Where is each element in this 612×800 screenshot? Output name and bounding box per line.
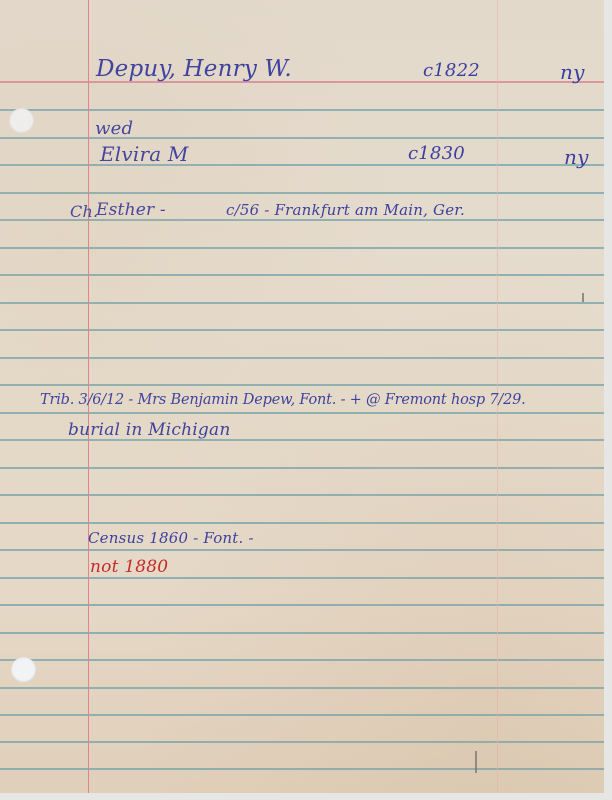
rule-line bbox=[0, 109, 604, 111]
rule-line bbox=[0, 522, 604, 524]
rule-line bbox=[0, 714, 604, 716]
stray-mark bbox=[475, 751, 477, 773]
census-line: Census 1860 - Font. - bbox=[88, 529, 254, 547]
census-red-note: not 1880 bbox=[90, 557, 168, 577]
rule-line bbox=[0, 687, 604, 689]
rule-line bbox=[0, 384, 604, 386]
tribune-line-2: burial in Michigan bbox=[68, 420, 230, 440]
rule-line bbox=[0, 164, 604, 166]
punch-hole-bottom bbox=[11, 657, 36, 682]
rule-line bbox=[0, 357, 604, 359]
rule-line bbox=[0, 604, 604, 606]
rule-line bbox=[0, 329, 604, 331]
rule-line bbox=[0, 192, 604, 194]
rule-line bbox=[0, 659, 604, 661]
stray-mark bbox=[582, 293, 584, 302]
ruled-paper: Depuy, Henry W. c1822 ny wed Elvira M c1… bbox=[0, 0, 604, 793]
rule-line bbox=[0, 577, 604, 579]
rule-line bbox=[0, 137, 604, 139]
rule-line bbox=[0, 768, 604, 770]
wed-label: wed bbox=[95, 118, 133, 139]
rule-line bbox=[0, 302, 604, 304]
rule-line bbox=[0, 494, 604, 496]
punch-hole-top bbox=[9, 108, 34, 133]
head-place: ny bbox=[560, 60, 585, 84]
spouse-place: ny bbox=[564, 145, 589, 169]
rule-line bbox=[0, 412, 604, 414]
rule-line bbox=[0, 549, 604, 551]
rule-line bbox=[0, 467, 604, 469]
child-detail: c/56 - Frankfurt am Main, Ger. bbox=[226, 201, 465, 219]
rule-line bbox=[0, 247, 604, 249]
spouse-name: Elvira M bbox=[100, 142, 189, 166]
tribune-line-1: Trib. 3/6/12 - Mrs Benjamin Depew, Font.… bbox=[40, 392, 526, 408]
rule-line bbox=[0, 632, 604, 634]
rule-line bbox=[0, 741, 604, 743]
child-label: Ch. bbox=[70, 202, 98, 221]
head-name: Depuy, Henry W. bbox=[96, 56, 292, 82]
head-birth: c1822 bbox=[423, 60, 480, 81]
child-name: Esther - bbox=[96, 200, 166, 220]
spouse-birth: c1830 bbox=[408, 143, 465, 164]
rule-line bbox=[0, 274, 604, 276]
top-rule-line bbox=[0, 81, 604, 83]
